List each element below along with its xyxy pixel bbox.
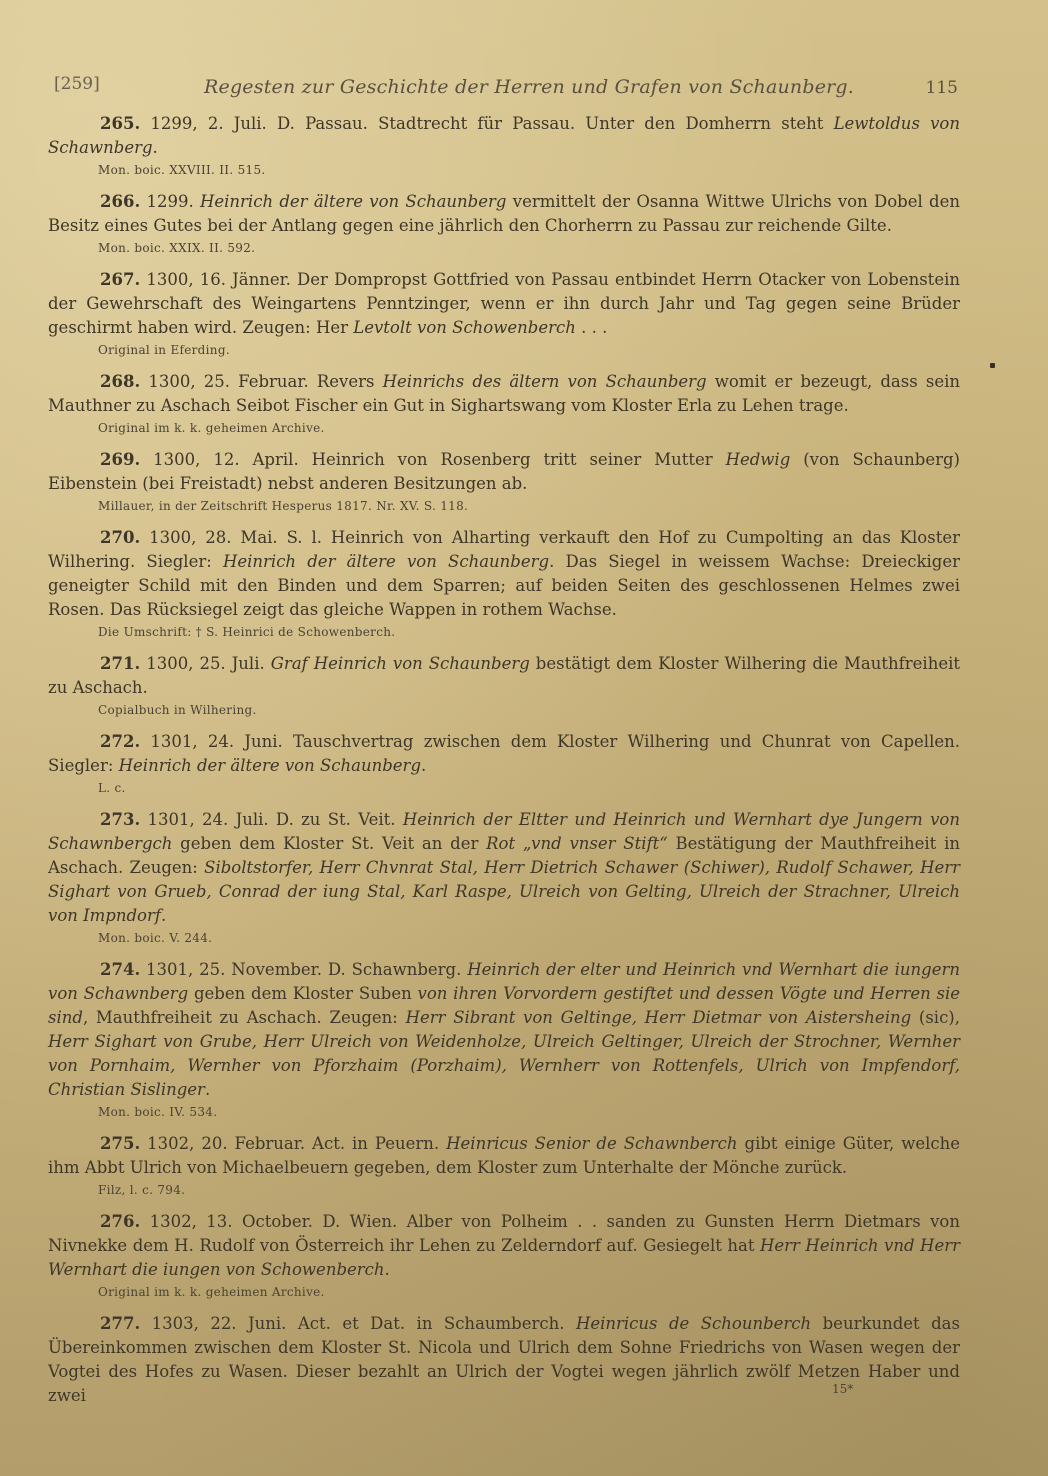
entry-text-run: . . . — [576, 318, 607, 337]
entry-text: 267. 1300, 16. Jänner. Der Dompropst Got… — [48, 268, 960, 340]
entry-number: 277. — [100, 1314, 140, 1333]
entry-text-run: 1301, 25. November. D. Schawnberg. — [140, 960, 467, 979]
ink-speck — [990, 363, 995, 368]
regest-entry: 272. 1301, 24. Juni. Tauschvertrag zwisc… — [48, 730, 960, 796]
entry-text: 273. 1301, 24. Juli. D. zu St. Veit. Hei… — [48, 808, 960, 928]
italic-name: Heinrichs des ältern von Schaunberg — [383, 372, 707, 391]
entry-source: Mon. boic. V. 244. — [98, 930, 960, 946]
italic-name: Heinrich der ältere von Schaunberg — [200, 192, 506, 211]
entry-number: 267. — [100, 270, 140, 289]
entry-source: Original in Eferding. — [98, 342, 960, 358]
italic-name: Levtolt von Schowenberch — [353, 318, 576, 337]
entry-text-run: . — [205, 1080, 210, 1099]
italic-name: Heinrich der ältere von Schaunberg — [119, 756, 421, 775]
entry-text: 269. 1300, 12. April. Heinrich von Rosen… — [48, 448, 960, 496]
entry-text-run: . — [153, 138, 158, 157]
header-title: Regesten zur Geschichte der Herren und G… — [204, 76, 854, 98]
entry-text-run: 1303, 22. Juni. Act. et Dat. in Schaumbe… — [140, 1314, 576, 1333]
entry-text-run: geben dem Kloster St. Veit an der — [172, 834, 486, 853]
entry-text: 268. 1300, 25. Februar. Revers Heinrichs… — [48, 370, 960, 418]
entry-text-run: . — [421, 756, 426, 775]
italic-name: Rot „vnd vnser Stift“ — [486, 834, 668, 853]
regest-entry: 276. 1302, 13. October. D. Wien. Alber v… — [48, 1210, 960, 1300]
entry-number: 270. — [100, 528, 140, 547]
regesten-list: 265. 1299, 2. Juli. D. Passau. Stadtrech… — [48, 112, 960, 1416]
entry-source: Millauer, in der Zeitschrift Hesperus 18… — [98, 498, 960, 514]
page-number: 115 — [926, 78, 958, 98]
italic-name: Herr Sibrant von Geltinge, Herr Dietmar … — [406, 1008, 912, 1027]
italic-name: Heinricus Senior de Schawnberch — [446, 1134, 737, 1153]
italic-name: Heinricus de Schounberch — [576, 1314, 811, 1333]
entry-text-run: , Mauthfreiheit zu Aschach. Zeugen: — [83, 1008, 406, 1027]
entry-source: Mon. boic. IV. 534. — [98, 1104, 960, 1120]
entry-text: 276. 1302, 13. October. D. Wien. Alber v… — [48, 1210, 960, 1282]
entry-number: 271. — [100, 654, 140, 673]
entry-number: 273. — [100, 810, 140, 829]
entry-number: 265. — [100, 114, 140, 133]
italic-name: Herr Sighart von Grube, Herr Ulreich von… — [48, 1032, 960, 1099]
running-header: [259] Regesten zur Geschichte der Herren… — [54, 70, 958, 100]
regest-entry: 265. 1299, 2. Juli. D. Passau. Stadtrech… — [48, 112, 960, 178]
entry-source: Original im k. k. geheimen Archive. — [98, 1284, 960, 1300]
entry-text: 272. 1301, 24. Juni. Tauschvertrag zwisc… — [48, 730, 960, 778]
entry-text: 274. 1301, 25. November. D. Schawnberg. … — [48, 958, 960, 1102]
italic-name: Hedwig — [726, 450, 791, 469]
regest-entry: 271. 1300, 25. Juli. Graf Heinrich von S… — [48, 652, 960, 718]
entry-source: Original im k. k. geheimen Archive. — [98, 420, 960, 436]
entry-number: 266. — [100, 192, 140, 211]
entry-text-run: geben dem Kloster Suben — [188, 984, 417, 1003]
entry-text: 271. 1300, 25. Juli. Graf Heinrich von S… — [48, 652, 960, 700]
signature-mark: 15* — [832, 1382, 853, 1396]
entry-text-run: 1301, 24. Juli. D. zu St. Veit. — [140, 810, 403, 829]
entry-text-run: 1300, 12. April. Heinrich von Rosenberg … — [140, 450, 725, 469]
italic-name: Heinrich der ältere von Schaunberg — [223, 552, 549, 571]
entry-text-run: 1300, 25. Februar. Revers — [140, 372, 382, 391]
regest-entry: 267. 1300, 16. Jänner. Der Dompropst Got… — [48, 268, 960, 358]
entry-text-run: (sic), — [911, 1008, 960, 1027]
regest-entry: 266. 1299. Heinrich der ältere von Schau… — [48, 190, 960, 256]
italic-name: Graf Heinrich von Schaunberg — [271, 654, 530, 673]
regest-entry: 275. 1302, 20. Februar. Act. in Peuern. … — [48, 1132, 960, 1198]
entry-number: 269. — [100, 450, 140, 469]
entry-source: Filz, l. c. 794. — [98, 1182, 960, 1198]
regest-entry: 270. 1300, 28. Mai. S. l. Heinrich von A… — [48, 526, 960, 640]
entry-number: 268. — [100, 372, 140, 391]
entry-text: 270. 1300, 28. Mai. S. l. Heinrich von A… — [48, 526, 960, 622]
entry-text-run: . — [385, 1260, 390, 1279]
regest-entry: 268. 1300, 25. Februar. Revers Heinrichs… — [48, 370, 960, 436]
regest-entry: 273. 1301, 24. Juli. D. zu St. Veit. Hei… — [48, 808, 960, 946]
entry-text-run: . — [161, 906, 166, 925]
entry-text-run: 1299, 2. Juli. D. Passau. Stadtrecht für… — [140, 114, 833, 133]
entry-text: 275. 1302, 20. Februar. Act. in Peuern. … — [48, 1132, 960, 1180]
entry-source: L. c. — [98, 780, 960, 796]
entry-number: 275. — [100, 1134, 140, 1153]
entry-source: Die Umschrift: † S. Heinrici de Schowenb… — [98, 624, 960, 640]
header-page-reference: [259] — [54, 74, 100, 94]
entry-text: 277. 1303, 22. Juni. Act. et Dat. in Sch… — [48, 1312, 960, 1408]
entry-number: 272. — [100, 732, 140, 751]
regest-entry: 274. 1301, 25. November. D. Schawnberg. … — [48, 958, 960, 1120]
regest-entry: 277. 1303, 22. Juni. Act. et Dat. in Sch… — [48, 1312, 960, 1408]
entry-number: 274. — [100, 960, 140, 979]
entry-source: Copialbuch in Wilhering. — [98, 702, 960, 718]
entry-text: 266. 1299. Heinrich der ältere von Schau… — [48, 190, 960, 238]
entry-text-run: 1299. — [140, 192, 200, 211]
scanned-page: [259] Regesten zur Geschichte der Herren… — [0, 0, 1048, 1476]
regest-entry: 269. 1300, 12. April. Heinrich von Rosen… — [48, 448, 960, 514]
entry-number: 276. — [100, 1212, 140, 1231]
entry-text-run: 1300, 25. Juli. — [140, 654, 271, 673]
entry-text-run: 1302, 20. Februar. Act. in Peuern. — [140, 1134, 446, 1153]
entry-source: Mon. boic. XXIX. II. 592. — [98, 240, 960, 256]
entry-source: Mon. boic. XXVIII. II. 515. — [98, 162, 960, 178]
entry-text: 265. 1299, 2. Juli. D. Passau. Stadtrech… — [48, 112, 960, 160]
